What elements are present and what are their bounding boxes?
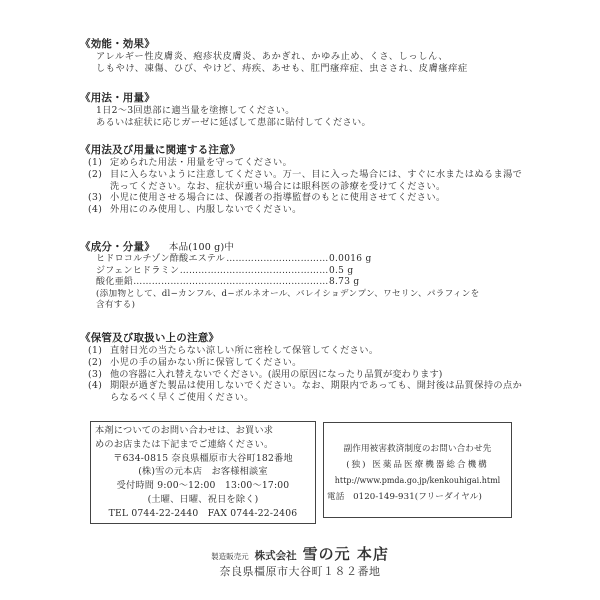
contact-hours: 受付時間 9:00～12:00 13:00～17:00: [93, 479, 313, 493]
ingredient-row: ヒドロコルチゾン酢酸エステル ……………………………………………………………………: [80, 254, 530, 266]
item-number: (1): [88, 345, 110, 357]
ingredient-amount: 8.73 g: [329, 277, 359, 289]
company-name: 雪の元 本店: [303, 545, 389, 563]
item-number: (2): [88, 169, 110, 193]
contact-closed-days: (土曜、日曜、祝日を除く): [93, 493, 313, 507]
relief-phone: 電話 0120-149-931(フリーダイヤル): [324, 489, 511, 505]
ingredients-heading-label: 《成分・分量》: [80, 241, 155, 253]
storage-list: (1) 直射日光の当たらない涼しい所に密栓して保管してください。 (2) 小児の…: [80, 345, 530, 404]
contact-department: (株)雪の元本店 お客様相談室: [93, 465, 313, 479]
dosage-section: 《用法・用量》 1日2～3回患部に適当量を塗擦してください。 あるいは症状に応じ…: [80, 92, 530, 129]
efficacy-line: アレルギー性皮膚炎、疱疹状皮膚炎、あかぎれ、かゆみ止め、くさ、しっしん、: [80, 51, 530, 63]
item-number: (3): [88, 369, 110, 381]
additives-note: (添加物として、dl−カンフル、d−ボルネオール、バレイショデンプン、ワセリン、…: [80, 289, 526, 301]
item-number: (4): [88, 380, 110, 404]
ingredient-row: ジフェンヒドラミン …………………………………………………………………………………: [80, 266, 530, 278]
item-text: 小児の手の届かない所に保管してください。: [110, 357, 530, 369]
manufacturer-address: 奈良県橿原市大谷町１８２番地: [0, 563, 600, 579]
storage-heading: 《保管及び取扱い上の注意》: [80, 332, 530, 345]
ingredients-basis: 本品(100 g)中: [169, 242, 234, 253]
item-text: 定められた用法・用量を守ってください。: [110, 157, 530, 169]
list-item: (1) 直射日光の当たらない涼しい所に密栓して保管してください。: [88, 345, 530, 357]
contact-line: めのお店または下記までご連絡ください。: [93, 438, 313, 452]
corporation-type: 株式会社: [255, 550, 297, 562]
dosage-line: 1日2～3回患部に適当量を塗擦してください。: [80, 105, 530, 117]
ingredient-name: ジフェンヒドラミン: [96, 266, 180, 278]
contact-line: 本剤についてのお問い合わせは、お買い求: [93, 424, 313, 438]
manufacturer-role: 製造販売元: [211, 552, 249, 561]
list-item: (2) 小児の手の届かない所に保管してください。: [88, 357, 530, 369]
ingredients-heading: 《成分・分量》本品(100 g)中: [80, 241, 530, 254]
adverse-reaction-relief-box: 副作用被害救済制度のお問い合わせ先 (独) 医薬品医療機器総合機構 http:/…: [323, 422, 512, 518]
manufacturer-line: 製造販売元株式会社雪の元 本店: [0, 543, 600, 564]
item-number: (1): [88, 157, 110, 169]
ingredients-section: 《成分・分量》本品(100 g)中 ヒドロコルチゾン酢酸エステル ……………………: [80, 241, 530, 312]
item-number: (4): [88, 204, 110, 216]
contact-phone-fax: TEL 0744-22-2440 FAX 0744-22-2406: [93, 507, 313, 521]
ingredient-name: 酸化亜鉛: [96, 277, 134, 289]
storage-section: 《保管及び取扱い上の注意》 (1) 直射日光の当たらない涼しい所に密栓して保管し…: [80, 332, 530, 404]
efficacy-section: 《効能・効果》 アレルギー性皮膚炎、疱疹状皮膚炎、あかぎれ、かゆみ止め、くさ、し…: [80, 38, 530, 75]
relief-url-link[interactable]: http://www.pmda.go.jp/kenkouhigai.html: [324, 473, 511, 489]
ingredient-amount: 0.5 g: [329, 266, 353, 278]
dosage-precautions-section: 《用法及び用量に関連する注意》 (1) 定められた用法・用量を守ってください。 …: [80, 144, 530, 216]
item-text: 小児に使用させる場合には、保護者の指導監督のもとに使用させてください。: [110, 192, 530, 204]
relief-title: 副作用被害救済制度のお問い合わせ先: [324, 441, 511, 457]
item-text: 他の容器に入れ替えないでください。(誤用の原因になったり品質が変わります): [110, 369, 530, 381]
item-text: 目に入らないように注意してください。万一、目に入った場合には、すぐに水またはぬる…: [110, 169, 530, 193]
list-item: (2) 目に入らないように注意してください。万一、目に入った場合には、すぐに水ま…: [88, 169, 530, 193]
dosage-precautions-heading: 《用法及び用量に関連する注意》: [80, 144, 530, 157]
list-item: (3) 他の容器に入れ替えないでください。(誤用の原因になったり品質が変わります…: [88, 369, 530, 381]
item-text: 外用にのみ使用し、内服しないでください。: [110, 204, 530, 216]
ingredient-amount: 0.0016 g: [329, 254, 372, 266]
list-item: (3) 小児に使用させる場合には、保護者の指導監督のもとに使用させてください。: [88, 192, 530, 204]
package-insert-page: 《効能・効果》 アレルギー性皮膚炎、疱疹状皮膚炎、あかぎれ、かゆみ止め、くさ、し…: [0, 0, 600, 600]
contact-address: 〒634-0815 奈良県橿原市大谷町182番地: [93, 452, 313, 466]
dosage-line: あるいは症状に応じガーゼに延ばして患部に貼付してください。: [80, 117, 530, 129]
efficacy-heading: 《効能・効果》: [80, 38, 530, 51]
dosage-heading: 《用法・用量》: [80, 92, 530, 105]
list-item: (1) 定められた用法・用量を守ってください。: [88, 157, 530, 169]
ingredient-row: 酸化亜鉛 ………………………………………………………………………………………… …: [80, 277, 530, 289]
item-text: 期限が過ぎた製品は使用しないでください。なお、期限内であっても、開封後は品質保持…: [110, 380, 530, 404]
list-item: (4) 外用にのみ使用し、内服しないでください。: [88, 204, 530, 216]
item-text: 直射日光の当たらない涼しい所に密栓して保管してください。: [110, 345, 530, 357]
relief-organization: (独) 医薬品医療機器総合機構: [324, 457, 511, 473]
efficacy-line: しもやけ、凍傷、ひび、やけど、痔疾、あせも、肛門瘙痒症、虫さされ、皮膚瘙痒症: [80, 63, 530, 75]
item-number: (3): [88, 192, 110, 204]
additives-note: 含有する): [80, 300, 526, 312]
customer-contact-box: 本剤についてのお問い合わせは、お買い求 めのお店または下記までご連絡ください。 …: [90, 421, 316, 524]
dosage-precautions-list: (1) 定められた用法・用量を守ってください。 (2) 目に入らないように注意し…: [80, 157, 530, 216]
ingredient-name: ヒドロコルチゾン酢酸エステル: [96, 254, 226, 266]
list-item: (4) 期限が過ぎた製品は使用しないでください。なお、期限内であっても、開封後は…: [88, 380, 530, 404]
item-number: (2): [88, 357, 110, 369]
